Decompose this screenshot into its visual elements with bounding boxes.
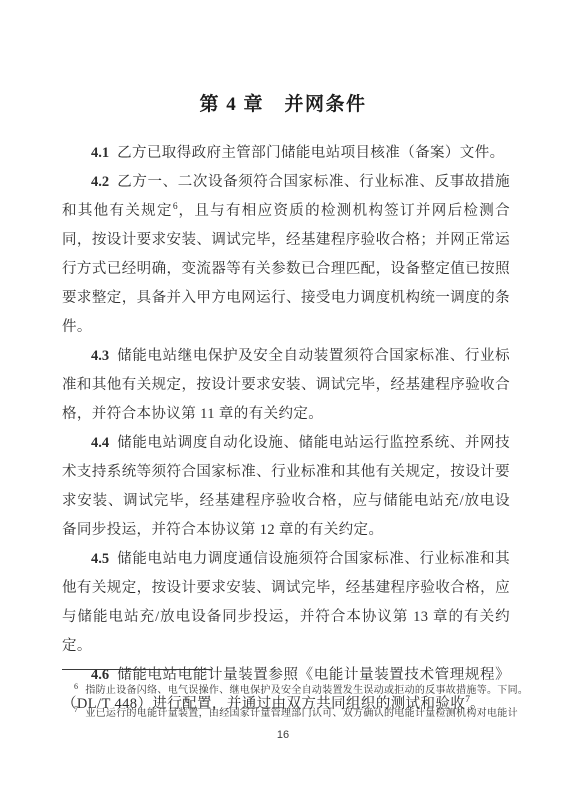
clause-text: 储能电站电力调度通信设施须符合国家标准、行业标准和其他有关规定，按设计要求安装、…	[62, 551, 510, 654]
footnote-text: 指防止设备闪络、电气误操作、继电保护及安全自动装置发生误动或拒动的反事故措施等。…	[85, 685, 528, 696]
body-text: 4.1乙方已取得政府主管部门储能电站项目核准（备案）文件。 4.2乙方一、二次设…	[62, 139, 510, 719]
clause-number: 4.4	[91, 435, 109, 451]
clause-number: 4.2	[91, 174, 109, 190]
clause-text: 储能电站调度自动化设施、储能电站运行监控系统、并网技术支持系统等须符合国家标准、…	[62, 435, 510, 538]
clause-4-1: 4.1乙方已取得政府主管部门储能电站项目核准（备案）文件。	[62, 139, 510, 168]
footnote-text: 业已运行的电能计量装置，由经国家计量管理部门认可、双方确认的电能计量检测机构对电…	[85, 708, 518, 719]
footnote-marker-7: 7	[74, 705, 78, 714]
document-page: 第 4 章 并网条件 4.1乙方已取得政府主管部门储能电站项目核准（备案）文件。…	[0, 0, 566, 800]
page-number: 16	[0, 729, 566, 741]
footnote-item-7: 7业已运行的电能计量装置，由经国家计量管理部门认可、双方确认的电能计量检测机构对…	[62, 702, 526, 725]
clause-text: ，且与有相应资质的检测机构签订并网后检测合同，按设计要求安装、调试完毕，经基建程…	[62, 203, 510, 335]
footnotes-section: 6指防止设备闪络、电气误操作、继电保护及安全自动装置发生误动或拒动的反事故措施等…	[62, 669, 526, 725]
clause-number: 4.3	[91, 348, 109, 364]
clause-4-3: 4.3储能电站继电保护及安全自动装置须符合国家标准、行业标准和其他有关规定，按设…	[62, 342, 510, 429]
chapter-title: 第 4 章 并网条件	[0, 0, 566, 117]
footnote-item-6: 6指防止设备闪络、电气误操作、继电保护及安全自动装置发生误动或拒动的反事故措施等…	[62, 679, 526, 702]
clause-4-5: 4.5储能电站电力调度通信设施须符合国家标准、行业标准和其他有关规定，按设计要求…	[62, 545, 510, 661]
clause-text: 乙方已取得政府主管部门储能电站项目核准（备案）文件。	[117, 145, 504, 161]
clause-text: 储能电站继电保护及安全自动装置须符合国家标准、行业标准和其他有关规定，按设计要求…	[62, 348, 510, 422]
footnote-marker-6: 6	[74, 682, 78, 691]
footnotes-separator	[62, 669, 212, 670]
clause-number: 4.1	[91, 145, 109, 161]
clause-number: 4.5	[91, 551, 109, 567]
clause-4-2: 4.2乙方一、二次设备须符合国家标准、行业标准、反事故措施和其他有关规定6，且与…	[62, 168, 510, 342]
clause-4-4: 4.4储能电站调度自动化设施、储能电站运行监控系统、并网技术支持系统等须符合国家…	[62, 429, 510, 545]
